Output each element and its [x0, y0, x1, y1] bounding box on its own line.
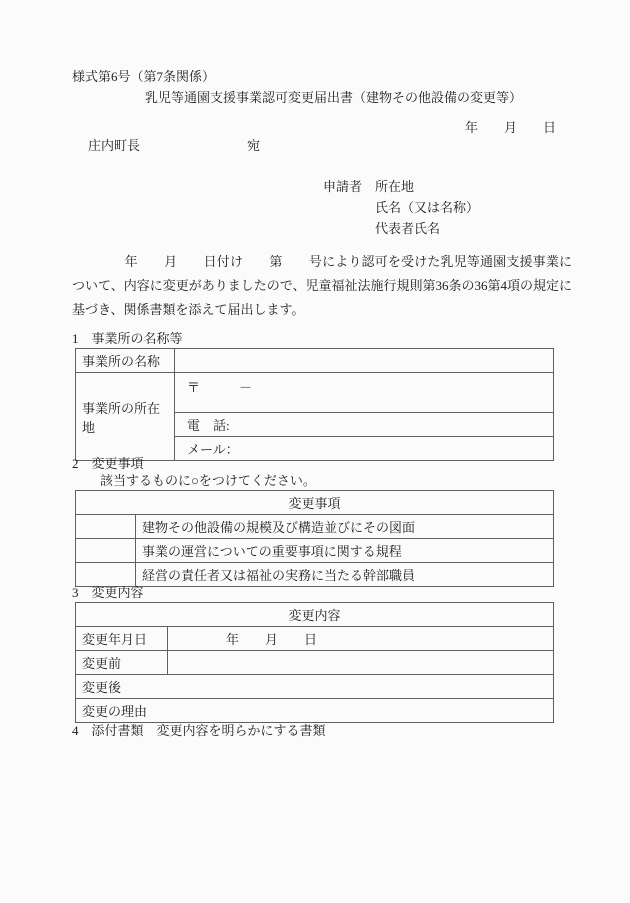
- postal-code-cell[interactable]: 〒 －: [175, 373, 554, 413]
- change-item-label-cell: 建物その他設備の規模及び構造並びにその図面: [136, 515, 554, 539]
- date-line: 年 月 日: [465, 119, 556, 136]
- addressee-name: 庄内町長: [88, 138, 140, 153]
- form-number: 様式第6号（第7条関係）: [72, 68, 215, 85]
- change-reason-cell[interactable]: 変更の理由: [76, 699, 554, 723]
- body-paragraph: 年 月 日付け 第 号により認可を受けた乳児等通園支援事業について、内容に変更が…: [72, 250, 572, 322]
- table-row: 事業所の所在地 〒 －: [76, 373, 554, 413]
- office-info-table: 事業所の名称 事業所の所在地 〒 － 電 話: メール：: [75, 348, 554, 461]
- table-row: 変更の理由: [76, 699, 554, 723]
- change-items-table: 変更事項 建物その他設備の規模及び構造並びにその図面 事業の運営についての重要事…: [75, 490, 554, 587]
- applicant-representative-label: 代表者氏名: [323, 218, 479, 239]
- change-details-table: 変更内容 変更年月日 年 月 日 変更前 変更後 変更の理由: [75, 602, 554, 723]
- office-name-label-cell: 事業所の名称: [76, 349, 175, 373]
- table-row: 経営の責任者又は福祉の実務に当たる幹部職員: [76, 563, 554, 587]
- phone-cell[interactable]: 電 話:: [175, 413, 554, 437]
- table-header-row: 変更事項: [76, 491, 554, 515]
- table-row: 変更後: [76, 675, 554, 699]
- change-date-label-cell: 変更年月日: [76, 627, 168, 651]
- mark-circle-cell[interactable]: [76, 539, 136, 563]
- section4-heading: 4 添付書類 変更内容を明らかにする書類: [72, 722, 326, 739]
- addressee-suffix: 宛: [247, 137, 260, 154]
- applicant-block: 申請者所在地 氏名（又は名称） 代表者氏名: [323, 176, 479, 239]
- addressee-row: 庄内町長宛: [88, 137, 260, 154]
- change-date-value-cell[interactable]: 年 月 日: [168, 627, 554, 651]
- section2-instruction: 該当するものに○をつけてください。: [100, 472, 316, 489]
- change-items-header-cell: 変更事項: [76, 491, 554, 515]
- table-header-row: 変更内容: [76, 603, 554, 627]
- office-address-label-cell: 事業所の所在地: [76, 373, 175, 461]
- after-change-cell[interactable]: 変更後: [76, 675, 554, 699]
- section2-heading: 2 変更事項: [72, 455, 144, 472]
- section1-heading: 1 事業所の名称等: [72, 330, 183, 347]
- change-item-label-cell: 経営の責任者又は福祉の実務に当たる幹部職員: [136, 563, 554, 587]
- table-row: 建物その他設備の規模及び構造並びにその図面: [76, 515, 554, 539]
- table-row: 変更年月日 年 月 日: [76, 627, 554, 651]
- table-row: 事業の運営についての重要事項に関する規程: [76, 539, 554, 563]
- applicant-name-label: 氏名（又は名称）: [323, 197, 479, 218]
- document-title: 乳児等通園支援事業認可変更届出書（建物その他設備の変更等）: [145, 89, 522, 106]
- change-item-label-cell: 事業の運営についての重要事項に関する規程: [136, 539, 554, 563]
- document-page: 様式第6号（第7条関係） 乳児等通園支援事業認可変更届出書（建物その他設備の変更…: [0, 0, 630, 903]
- mark-circle-cell[interactable]: [76, 563, 136, 587]
- before-change-value-cell[interactable]: [168, 651, 554, 675]
- applicant-label: 申請者: [323, 176, 362, 197]
- section3-heading: 3 変更内容: [72, 584, 144, 601]
- before-change-label-cell: 変更前: [76, 651, 168, 675]
- office-name-value-cell[interactable]: [175, 349, 554, 373]
- mail-cell[interactable]: メール：: [175, 437, 554, 461]
- applicant-row-address: 申請者所在地: [323, 176, 479, 197]
- mark-circle-cell[interactable]: [76, 515, 136, 539]
- table-row: 変更前: [76, 651, 554, 675]
- table-row: 事業所の名称: [76, 349, 554, 373]
- change-details-header-cell: 変更内容: [76, 603, 554, 627]
- applicant-address-label: 所在地: [375, 179, 414, 194]
